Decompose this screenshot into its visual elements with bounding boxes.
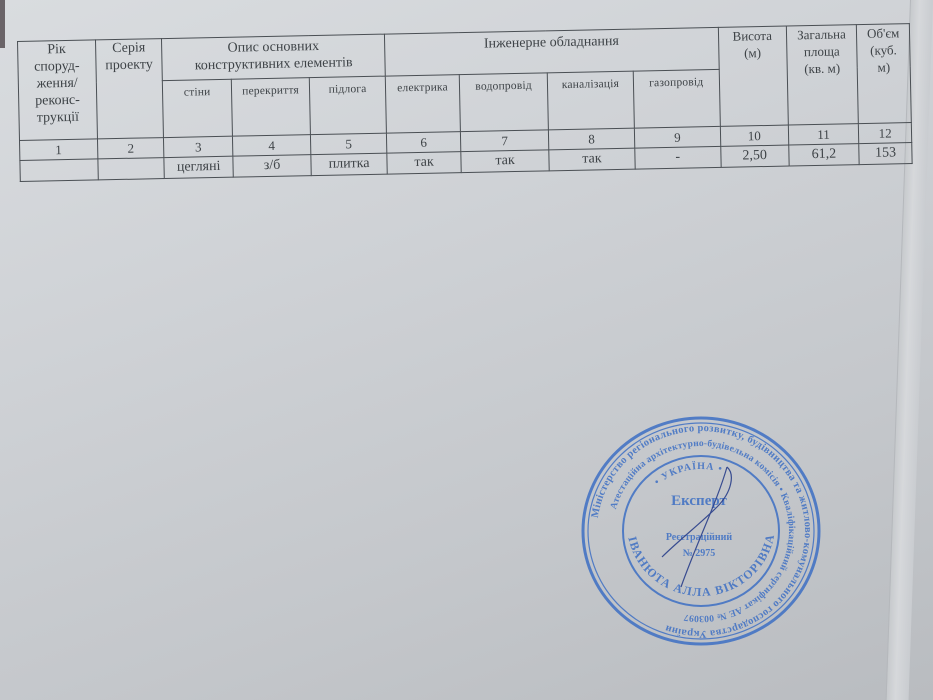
header-area-line: площа [789,42,855,60]
header-volume-line: Об'єм [859,24,907,42]
value-floors-ceiling: з/б [233,155,312,178]
header-walls: стіни [163,79,232,137]
document-page: Рік споруд- ження/ реконс- трукції Серія… [5,0,910,700]
header-year-line: реконс- [21,91,94,109]
value-volume: 153 [859,143,912,165]
header-year-line: Рік [20,40,93,58]
column-number: 5 [311,133,387,155]
header-structural-elements: Опис основних конструктивних елементів [162,34,385,80]
column-number: 1 [19,139,97,161]
svg-text:• УКРАЇНА •: • УКРАЇНА • [652,459,724,488]
header-height-line: (м) [721,44,784,62]
signature-icon [662,467,731,587]
value-year [20,159,98,182]
header-year-line: ження/ [21,74,94,92]
header-water-supply: водопровід [459,73,548,132]
stamp-reg-number: № 2975 [683,548,716,559]
header-flooring: підлога [310,76,387,135]
column-number: 11 [788,124,859,145]
header-floors-ceiling: перекриття [231,78,311,137]
header-volume-line: (куб. [859,41,907,59]
value-walls: цегляні [164,156,233,178]
header-series-line: проекту [98,56,160,74]
column-number: 10 [720,125,788,146]
column-number: 3 [164,136,233,157]
header-gas: газопровід [633,69,720,128]
header-year: Рік споруд- ження/ реконс- трукції [18,40,98,141]
column-number: 6 [386,132,461,153]
header-area-line: (кв. м) [789,59,855,77]
header-series: Серія проекту [95,39,164,139]
header-height-line: Висота [721,27,784,45]
header-year-line: трукції [21,108,94,126]
header-height: Висота (м) [718,26,788,126]
header-series-line: Серія [98,39,160,57]
header-area-line: Загальна [789,25,855,43]
header-volume-line: м) [860,58,908,76]
header-total-area: Загальна площа (кв. м) [786,25,859,125]
building-characteristics-table: Рік споруд- ження/ реконс- трукції Серія… [17,23,913,182]
header-year-line: споруд- [20,57,93,75]
header-structural-line: конструктивних елементів [165,54,383,75]
header-volume: Об'єм (куб. м) [857,24,912,124]
stamp-country-text: • УКРАЇНА • [652,459,724,488]
building-characteristics-table-wrap: Рік споруд- ження/ реконс- трукції Серія… [17,23,913,182]
expert-seal-stamp: Міністерство регіонального розвитку, буд… [577,412,825,650]
stamp-title: Експерт [671,493,727,509]
header-engineering: Інженерне обладнання [384,27,719,76]
header-sewerage: каналізація [547,71,634,130]
value-flooring: плитка [311,153,387,176]
value-height: 2,50 [720,145,788,167]
value-sewerage: так [549,148,635,171]
column-number: 7 [461,130,549,152]
value-total-area: 61,2 [788,144,859,166]
value-electricity: так [387,152,462,174]
column-number: 9 [634,126,720,148]
column-number: 8 [548,128,634,150]
value-gas: - [635,146,721,169]
column-number: 4 [232,135,311,157]
seal-icon: Міністерство регіонального розвитку, буд… [577,412,825,650]
header-electricity: електрика [385,75,461,133]
column-number: 12 [859,123,912,144]
value-water-supply: так [461,150,549,173]
column-number: 2 [97,138,164,159]
value-series [98,158,165,180]
